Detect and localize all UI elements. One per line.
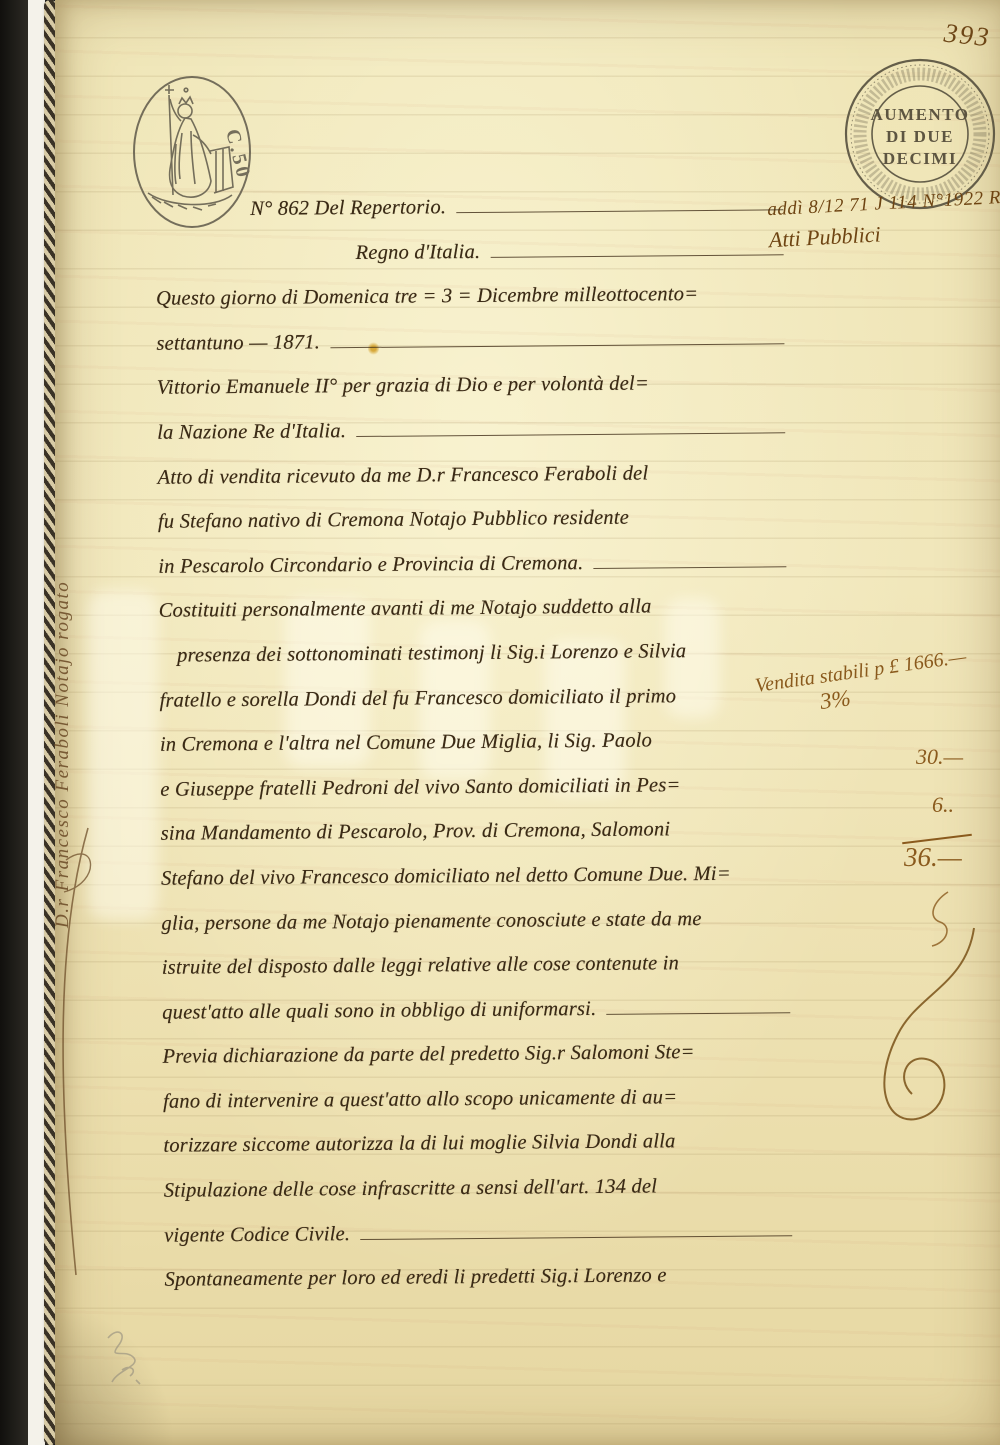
document-line-text: Previa dichiarazione da parte del predet… (163, 1041, 695, 1069)
document-line-text: torizzare siccome autorizza la di lui mo… (163, 1131, 675, 1158)
tax-total: 36.— (904, 842, 962, 873)
document-line-text: fratello e sorella Dondi del fu Francesc… (159, 685, 676, 713)
document-line: torizzare siccome autorizza la di lui mo… (163, 1130, 795, 1180)
ink-rule (456, 209, 783, 213)
document-line: vigente Codice Civile. (164, 1219, 796, 1269)
document-line: presenza dei sottonominati testimonj li … (159, 639, 791, 689)
ink-rule (593, 566, 786, 569)
stamp-line: DECIMI (883, 149, 957, 168)
document-line: in Cremona e l'altra nel Comune Due Migl… (160, 728, 792, 778)
document-line-text: Questo giorno di Domenica tre = 3 = Dice… (156, 283, 698, 311)
document-line-text: N° 862 Del Repertorio. (250, 196, 446, 221)
document-line-text: Regno d'Italia. (356, 241, 481, 265)
deed-body-text: N° 862 Del Repertorio.Regno d'Italia.Que… (155, 193, 797, 1313)
document-line-text: vigente Codice Civile. (164, 1223, 350, 1248)
document-line: Previa dichiarazione da parte del predet… (163, 1041, 795, 1091)
document-line: Regno d'Italia. (156, 238, 788, 288)
document-line: Stefano del vivo Francesco domiciliato n… (161, 862, 793, 912)
document-line: la Nazione Re d'Italia. (157, 416, 789, 466)
document-line: in Pescarolo Circondario e Provincia di … (158, 550, 790, 600)
page-number: 393 (943, 18, 992, 54)
document-line: Stipulazione delle cose infrascritte a s… (164, 1174, 796, 1224)
document-line-text: glia, persone da me Notajo pienamente co… (161, 908, 701, 936)
document-line-text: fu Stefano nativo di Cremona Notajo Pubb… (158, 507, 629, 534)
document-line-text: Vittorio Emanuele II° per grazia di Dio … (157, 373, 649, 400)
document-line-text: Spontaneamente per loro ed eredi li pred… (164, 1265, 666, 1292)
document-line-text: in Cremona e l'altra nel Comune Due Migl… (160, 730, 652, 757)
document-line: Spontaneamente per loro ed eredi li pred… (164, 1263, 796, 1313)
document-line-text: istruite del disposto dalle leggi relati… (162, 952, 679, 980)
document-line-text: Costituiti personalmente avanti di me No… (159, 596, 652, 623)
ink-rule (490, 254, 783, 258)
document-line: istruite del disposto dalle leggi relati… (162, 951, 794, 1001)
stamp-line: AUMENTO (871, 105, 970, 124)
scanned-document: C.50 AUMENTO DI DUE DECIMI 393 addì 8/12… (0, 0, 1000, 1445)
ink-rule (330, 343, 784, 348)
signature-flourish-icon (36, 820, 106, 1290)
tax-value: 6.. (932, 792, 954, 818)
document-line-text: Atto di vendita ricevuto da me D.r Franc… (157, 462, 648, 489)
tax-value: 30.— (916, 744, 963, 770)
document-line-text: Stefano del vivo Francesco domiciliato n… (161, 863, 731, 891)
document-line: sina Mandamento di Pescarolo, Prov. di C… (161, 818, 793, 868)
scanner-edge (0, 0, 30, 1445)
document-line: glia, persone da me Notajo pienamente co… (161, 907, 793, 957)
document-line: fu Stefano nativo di Cremona Notajo Pubb… (158, 505, 790, 555)
stamp-line: DI DUE (886, 127, 954, 146)
document-line: settantuno — 1871. (156, 327, 788, 377)
document-line: Costituiti personalmente avanti di me No… (159, 595, 791, 645)
document-line: quest'atto alle quali sono in obbligo di… (162, 996, 794, 1046)
document-line-text: in Pescarolo Circondario e Provincia di … (158, 552, 583, 579)
document-line: fratello e sorella Dondi del fu Francesc… (159, 684, 791, 734)
document-line: e Giuseppe fratelli Pedroni del vivo San… (160, 773, 792, 823)
document-line: Questo giorno di Domenica tre = 3 = Dice… (156, 282, 788, 332)
paraph-flourish-icon (856, 922, 996, 1137)
document-line-text: la Nazione Re d'Italia. (157, 420, 346, 445)
document-line: Vittorio Emanuele II° per grazia di Dio … (157, 372, 789, 422)
document-line-text: quest'atto alle quali sono in obbligo di… (162, 998, 596, 1025)
document-line: fano di intervenire a quest'atto allo sc… (163, 1085, 795, 1135)
ink-rule (356, 432, 785, 437)
document-line-text: presenza dei sottonominati testimonj li … (177, 640, 686, 667)
document-line: Atto di vendita ricevuto da me D.r Franc… (157, 461, 789, 511)
document-line-text: settantuno — 1871. (156, 331, 320, 355)
document-line-text: e Giuseppe fratelli Pedroni del vivo San… (160, 774, 680, 802)
ink-rule (606, 1012, 790, 1015)
pencil-scribble (78, 1318, 158, 1408)
document-line-text: Stipulazione delle cose infrascritte a s… (164, 1175, 658, 1202)
document-line: N° 862 Del Repertorio. (155, 193, 787, 243)
ink-rule (360, 1235, 792, 1240)
document-line-text: sina Mandamento di Pescarolo, Prov. di C… (161, 819, 671, 846)
document-line-text: fano di intervenire a quest'atto allo sc… (163, 1086, 677, 1113)
